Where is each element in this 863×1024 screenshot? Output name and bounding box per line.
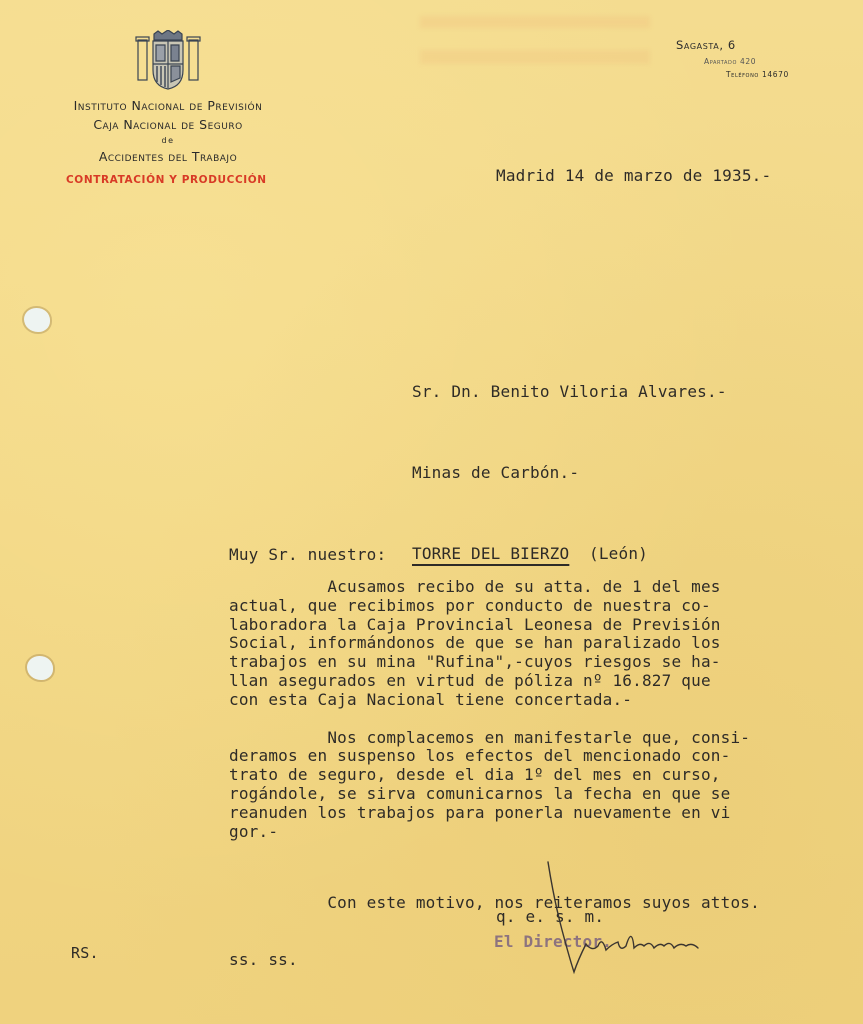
body-line: trato de seguro, desde el dia 1º del mes…: [229, 766, 750, 785]
recipient-province: (León): [589, 544, 648, 563]
punch-hole: [24, 308, 50, 332]
letterhead: Instituto Nacional de Previsión Caja Nac…: [50, 30, 286, 186]
address-phone: Teléfono 14670: [726, 70, 789, 79]
address-po-box: Apartado 420: [704, 57, 789, 66]
coat-of-arms-icon: [134, 30, 202, 90]
body-line: laboradora la Caja Provincial Leonesa de…: [229, 616, 750, 635]
body-line: llan asegurados en virtud de póliza nº 1…: [229, 672, 750, 691]
letter-body: Acusamos recibo de su atta. de 1 del mes…: [229, 578, 750, 841]
signature-icon: [540, 860, 720, 980]
date-line: Madrid 14 de marzo de 1935.-: [496, 166, 771, 185]
body-paragraph: Nos complacemos en manifestarle que, con…: [229, 729, 750, 842]
punch-hole: [27, 656, 53, 680]
sender-address: Sagasta, 6 Apartado 420 Teléfono 14670: [676, 38, 789, 79]
typist-initials: RS.: [71, 944, 99, 962]
recipient-name: Sr. Dn. Benito Viloria Alvares.-: [412, 378, 727, 405]
body-line: trabajos en su mina "Rufina",-cuyos ries…: [229, 653, 750, 672]
recipient-location: TORRE DEL BIERZO (León): [412, 540, 727, 567]
body-line: Social, informándonos de que se han para…: [229, 634, 750, 653]
recipient-town: TORRE DEL BIERZO: [412, 544, 569, 563]
bleed-through-marks: [420, 10, 650, 90]
salutation: Muy Sr. nuestro:: [229, 545, 386, 564]
department-name: CONTRATACIÓN Y PRODUCCIÓN: [50, 174, 286, 186]
address-street: Sagasta, 6: [676, 38, 789, 52]
branch-name: Accidentes del Trabajo: [50, 147, 286, 166]
recipient-company: Minas de Carbón.-: [412, 459, 727, 486]
fund-connector: de: [50, 134, 286, 147]
body-line: reanuden los trabajos para ponerla nueva…: [229, 804, 750, 823]
body-line: deramos en suspenso los efectos del menc…: [229, 747, 750, 766]
body-line: gor.-: [229, 823, 750, 842]
fund-name: Caja Nacional de Seguro: [50, 115, 286, 134]
body-line: con esta Caja Nacional tiene concertada.…: [229, 691, 750, 710]
body-line: Nos complacemos en manifestarle que, con…: [229, 729, 750, 748]
body-line: Acusamos recibo de su atta. de 1 del mes: [229, 578, 750, 597]
body-line: rogándole, se sirva comunicarnos la fech…: [229, 785, 750, 804]
body-paragraph: Acusamos recibo de su atta. de 1 del mes…: [229, 578, 750, 710]
body-line: actual, que recibimos por conducto de nu…: [229, 597, 750, 616]
institute-name: Instituto Nacional de Previsión: [50, 96, 286, 115]
recipient-block: Sr. Dn. Benito Viloria Alvares.- Minas d…: [412, 324, 727, 594]
